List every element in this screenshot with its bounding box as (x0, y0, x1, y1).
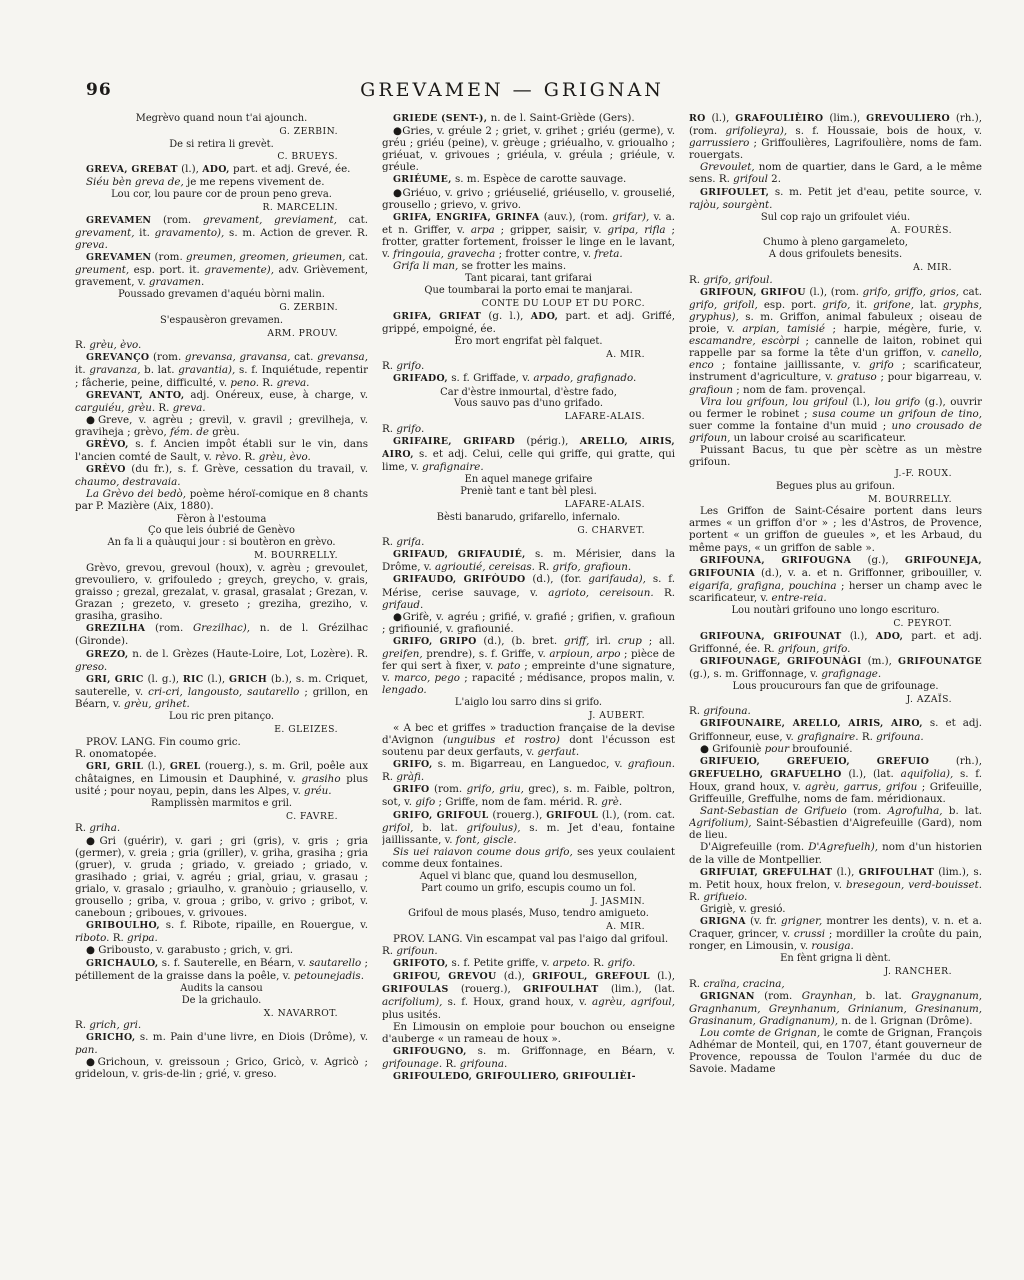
verse-quote: Tant picarai, tant grifaraiQue toumbarai… (382, 273, 675, 297)
entry-paragraph: GRÈVO, s. f. Ancien impôt établi sur le … (75, 438, 368, 463)
headword: GRIFOUNATGE (898, 656, 982, 667)
italic-term: lou grifo (875, 396, 920, 408)
entry-paragraph: GRIFAUD, GRIFAUDIÉ, s. m. Mérisier, dans… (382, 548, 675, 573)
italic-term: grifar), (612, 211, 649, 223)
verse-line: S'espausèron grevamen. (75, 315, 368, 327)
verse-line: Grifoul de mous plasés, Muso, tendro ami… (382, 908, 675, 920)
italic-term: pour (765, 743, 789, 755)
entry-paragraph: GREVANÇO (rom. grevansa, gravansa, cat. … (75, 351, 368, 388)
entry-paragraph: GRIFOTO, s. f. Petite griffe, v. arpeto.… (382, 957, 675, 970)
entry-paragraph: La Grèvo dei bedò, poème héroï-comique e… (75, 488, 368, 512)
verse-line: Begues plus au grifoun. (689, 481, 982, 493)
headword: GRIGNAN (700, 991, 755, 1002)
headword: GRIFOUN, GRIFOU (700, 287, 806, 298)
italic-term: entre-reia. (772, 592, 827, 604)
italic-term: grifo, griffo, grios, (863, 286, 959, 298)
italic-term: riboto. (75, 932, 109, 944)
italic-term: Graynhan, (802, 990, 856, 1002)
entry-paragraph: GRIFOUNAIRE, ARELLO, AIRIS, AIRO, s. et … (689, 717, 982, 742)
italic-term: grafioun. (628, 758, 675, 770)
italic-term: greifen, (382, 648, 423, 660)
verse-line: Sul cop rajo un grifoulet viéu. (689, 212, 982, 224)
italic-term: grifo. (396, 423, 424, 435)
italic-term: grè. (601, 796, 622, 808)
italic-term: Sant-Sebastian de Grifueio (700, 805, 847, 817)
verse-line: Lou ric pren pitanço. (75, 711, 368, 723)
italic-term: crup (618, 635, 642, 647)
headword: GRIBOULHO, (86, 920, 160, 931)
italic-term: (unguibus et rostro) (443, 734, 560, 746)
italic-term: gripa. (127, 932, 158, 944)
headword: GRIFOULAS (382, 984, 449, 995)
italic-term: uno crousado de grifoun, (689, 420, 982, 444)
italic-term: fém. de (170, 426, 209, 438)
verse-line: Audits la cansou (75, 983, 368, 995)
italic-term: grifo, grafioun. (553, 561, 632, 573)
headword: GRIFOULEDO, GRIFOULIERO, GRIFOULIÈI- (393, 1071, 636, 1082)
attribution: R. MARCELIN. (75, 202, 368, 214)
italic-term: rajòu, sourgènt. (689, 199, 772, 211)
italic-term: grifo, grifoul. (703, 274, 772, 286)
entry-paragraph: Grèvo, grevou, grevoul (houx), v. agrèu … (75, 562, 368, 622)
italic-term: gravantia), (178, 364, 235, 376)
italic-term: grigner, (781, 915, 822, 927)
headword: GRIEDE (SENT-), (393, 113, 487, 124)
italic-term: arpioun, arpo (549, 648, 620, 660)
italic-term: pato (497, 660, 520, 672)
italic-term: grifo, griu, (467, 783, 524, 795)
columns-container: Megrèvo quand noun t'ai ajounch.G. ZERBI… (75, 112, 982, 1202)
headword: GREVA, GREBAT (86, 164, 178, 175)
entry-paragraph: GRIFO, GRIFOUL (rouerg.), GRIFOUL (l.), … (382, 809, 675, 846)
attribution: E. GLEIZES. (75, 724, 368, 736)
italic-term: Agrifolium), (689, 817, 752, 829)
italic-term: grifueio. (703, 891, 747, 903)
verse-quote: Poussado grevamen d'aquéu bòrni malin. (75, 289, 368, 301)
headword: GRÈVO, (86, 439, 129, 450)
verse-line: Tant picarai, tant grifarai (382, 273, 675, 285)
italic-term: greument, (75, 264, 129, 276)
headword: ADO, (202, 164, 229, 175)
verse-line: Poussado grevamen d'aquéu bòrni malin. (75, 289, 368, 301)
verse-quote: Lou ric pren pitanço. (75, 711, 368, 723)
italic-term: sautarello (309, 957, 361, 969)
italic-term: eigarifa, grafigna, pouchina (689, 580, 837, 592)
italic-term: agrioto, cereisoun. (548, 587, 653, 599)
italic-term: grasiho (301, 773, 340, 785)
italic-term: gripa, rifla (608, 224, 666, 236)
verse-line: Fèron à l'estouma (75, 514, 368, 526)
italic-term: arpian, tamisié (742, 323, 825, 335)
etymology-note: R. grich, gri. (75, 1019, 368, 1031)
entry-paragraph: ●Greve, v. agrèu ; grevil, v. gravil ; g… (75, 414, 368, 438)
verse-quote: Sul cop rajo un grifoulet viéu. (689, 212, 982, 224)
entry-paragraph: GREZILHA (rom. Grezilhac), n. de l. Gréz… (75, 622, 368, 647)
verse-quote: Lou cor, lou paure cor de proun peno gre… (75, 189, 368, 201)
italic-term: arpado, grafignado. (533, 372, 636, 384)
italic-term: agrioutié, cereisas. (435, 561, 535, 573)
italic-term: grèu, èvo. (89, 339, 141, 351)
headword: GREL (170, 761, 201, 772)
verse-quote: Bèsti banarudo, grifarello, infernalo. (382, 512, 675, 524)
attribution: C. PEYROT. (689, 618, 982, 630)
entry-paragraph: GRIFADO, s. f. Griffade, v. arpado, graf… (382, 372, 675, 385)
headword: GRIFUEIO, GREFUEIO, GREFUIO (700, 756, 929, 767)
etymology-note: R. grifo. (382, 360, 675, 372)
italic-term: grifa. (396, 536, 424, 548)
entry-paragraph: Sis uei raiavon coume dous grifo, ses ye… (382, 846, 675, 870)
headword: GRIFA, ENGRIFA, GRINFA (393, 212, 540, 223)
etymology-note: R. craïna, cracina, (689, 978, 982, 990)
attribution: LAFARE-ALAIS. (382, 411, 675, 423)
entry-paragraph: GRIFAUDO, GRIFÒUDO (d.), (for. garifauda… (382, 573, 675, 610)
entry-paragraph: GREVAMEN (rom. greumen, greomen, grieume… (75, 251, 368, 288)
italic-term: gravanza, (89, 364, 140, 376)
attribution: J.-F. ROUX. (689, 468, 982, 480)
headword: GRIFOUNAIRE, ARELLO, AIRIS, AIRO, (700, 718, 923, 729)
italic-term: grafignaire. (422, 461, 483, 473)
verse-line: Part coumo un grifo, escupis coumo un fo… (382, 883, 675, 895)
etymology-note: R. grifa. (382, 536, 675, 548)
entry-paragraph: GRIFO, GRIPO (d.), (b. bret. griff, irl.… (382, 635, 675, 696)
verse-quote: Fèron à l'estoumaÇo que leis óubrié de G… (75, 514, 368, 550)
italic-term: grifone, (873, 299, 914, 311)
italic-term: grifouna. (876, 731, 924, 743)
italic-term: D'Agrefuelh), (808, 841, 878, 853)
attribution: A. MIR. (382, 349, 675, 361)
italic-term: bresegoun, verd-bouisset. (846, 879, 982, 891)
italic-term: grevansa, gravansa, (185, 351, 291, 363)
verse-quote: Chumo à pleno gargameleto,A dous grifoul… (689, 237, 982, 261)
entry-paragraph: GRI, GRIC (l. g.), RIC (l.), GRICH (b.),… (75, 673, 368, 710)
italic-term: gravamento), (155, 227, 225, 239)
italic-term: cri-cri, langousto, sautarello (148, 686, 299, 698)
verse-quote: Lou noutàri grifouno uno longo escrituro… (689, 605, 982, 617)
entry-paragraph: GRIFOULET, s. m. Petit jet d'eau, petite… (689, 186, 982, 211)
attribution: G. CHARVET. (382, 525, 675, 537)
headword: ADO, (531, 311, 558, 322)
headword: GRIFOTO, (393, 958, 448, 969)
verse-line: De la grichaulo. (75, 995, 368, 1007)
italic-term: agrèu, garrus, grifou (805, 781, 917, 793)
entry-paragraph: GRIFO, s. m. Bigarreau, en Languedoc, v.… (382, 758, 675, 783)
italic-term: Grezilhac), (193, 622, 250, 634)
italic-term: Lou comte de Grignan, (700, 1027, 820, 1039)
headword: GRICH (229, 674, 267, 685)
etymology-note: R. griha. (75, 822, 368, 834)
italic-term: marco, pego (394, 672, 460, 684)
attribution: M. BOURRELLY. (689, 494, 982, 506)
italic-term: arpeto. (553, 957, 590, 969)
entry-paragraph: GREVA, GREBAT (l.), ADO, part. et adj. G… (75, 163, 368, 176)
italic-term: griff, (564, 635, 589, 647)
italic-term: gravemente), (204, 264, 274, 276)
italic-term: grèu, grihet. (124, 698, 190, 710)
headword: GRIFAUDO, GRIFÒUDO (393, 574, 526, 585)
entry-paragraph: GRIGNAN (rom. Graynhan, b. lat. Graygnan… (689, 990, 982, 1027)
verse-line: Lou cor, lou paure cor de proun peno gre… (75, 189, 368, 201)
headword: GRIGNA (700, 916, 746, 927)
headword: GRIFO, GRIPO (393, 636, 477, 647)
attribution: C. BRUEYS. (75, 151, 368, 163)
italic-term: gréu. (304, 785, 332, 797)
entry-paragraph: GRIFOUNAGE, GRIFOUNÀGI (m.), GRIFOUNATGE… (689, 655, 982, 680)
attribution: A. MIR. (382, 921, 675, 933)
entry-paragraph: ● Gribousto, v. garabusto ; grich, v. gr… (75, 944, 368, 956)
attribution: J. JASMIN. (382, 896, 675, 908)
entry-paragraph: GRÈVO (du fr.), s. f. Grève, cessation d… (75, 463, 368, 488)
entry-paragraph: Grifa li man, se frotter les mains. (382, 260, 675, 272)
headword: ADO, (876, 631, 903, 642)
headword: GRICHAULO, (86, 958, 158, 969)
entry-paragraph: Grigiè, v. gresió. (689, 903, 982, 915)
entry-paragraph: GRIFOULEDO, GRIFOULIERO, GRIFOULIÈI- (382, 1070, 675, 1083)
entry-paragraph: Les Griffon de Saint-Césaire portent dan… (689, 505, 982, 553)
attribution: A. MIR. (689, 262, 982, 274)
verse-quote: Audits la cansouDe la grichaulo. (75, 983, 368, 1007)
headword: GRIFADO, (393, 373, 448, 384)
headword: GRÈVO (86, 464, 126, 475)
italic-term: grevament, (75, 227, 134, 239)
entry-paragraph: GRIÉUME, s. m. Espèce de carotte sauvage… (382, 173, 675, 186)
verse-line: Ço que leis óubrié de Genèvo (75, 525, 368, 537)
headword: GREVAMEN (86, 252, 151, 263)
verse-quote: En fènt grigna li dènt. (689, 953, 982, 965)
etymology-note: R. grifo, grifoul. (689, 274, 982, 286)
attribution: LAFARE-ALAIS. (382, 499, 675, 511)
verse-line: En aquel manege grifaire (382, 474, 675, 486)
italic-term: griha. (89, 822, 120, 834)
italic-term: grifoul (733, 173, 768, 185)
headword: GRIFA, GRIFAT (393, 311, 481, 322)
italic-term: garrussiero (689, 137, 749, 149)
attribution: M. BOURRELLY. (75, 550, 368, 562)
italic-term: chaumo, destravaia. (75, 476, 181, 488)
entry-paragraph: Grevoulet, nom de quartier, dans le Gard… (689, 161, 982, 185)
italic-term: freta. (594, 248, 622, 260)
entry-paragraph: GRIGNA (v. fr. grigner, montrer les dent… (689, 915, 982, 952)
verse-line: Megrèvo quand noun t'ai ajounch. (75, 113, 368, 125)
running-header: GREVAMEN — GRIGNAN (0, 79, 1024, 101)
attribution: A. FOURÈS. (689, 225, 982, 237)
headword: GRIFO, GRIFOUL (393, 810, 489, 821)
entry-paragraph: GRIFOUN, GRIFOU (l.), (rom. grifo, griff… (689, 286, 982, 396)
headword: GRIFOULET, (700, 187, 769, 198)
attribution: J. RANCHER. (689, 966, 982, 978)
italic-term: grifouna. (460, 1058, 508, 1070)
headword: GRIFOU, GREVOU (393, 971, 496, 982)
headword: GRIFO, (393, 759, 433, 770)
italic-term: greso. (75, 661, 107, 673)
italic-term: Sis uei raiavon coume dous grifo, (393, 846, 573, 858)
verse-quote: Ramplissèn marmitos e gril. (75, 798, 368, 810)
entry-paragraph: Lou comte de Grignan, le comte de Grigna… (689, 1027, 982, 1075)
italic-term: La Grèvo dei bedò, (86, 488, 186, 500)
verse-line: Ramplissèn marmitos e gril. (75, 798, 368, 810)
verse-quote: Begues plus au grifoun. (689, 481, 982, 493)
entry-paragraph: Vira lou grifoun, lou grifoul (l.), lou … (689, 396, 982, 444)
headword: GRIFOULHAT (523, 984, 598, 995)
headword: GREZILHA (86, 623, 145, 634)
italic-term: canello, enco (689, 347, 982, 371)
headword: GRIFO (393, 784, 430, 795)
headword: GREVANT, ANTO, (86, 390, 184, 401)
italic-term: arpa (471, 224, 495, 236)
verse-line: Vous sauvo pas d'uno grifado. (382, 398, 675, 410)
headword: GREVOULIERO (866, 113, 950, 124)
entry-paragraph: GREVAMEN (rom. grevament, greviament, ca… (75, 214, 368, 251)
verse-line: En fènt grigna li dènt. (689, 953, 982, 965)
italic-term: gràfi. (396, 771, 424, 783)
dictionary-page: 96 GREVAMEN — GRIGNAN Megrèvo quand noun… (0, 0, 1024, 1280)
italic-term: agrèu, agrifoul, (592, 996, 675, 1008)
italic-term: greva. (75, 239, 108, 251)
headword: GREFUELHO, GRAFUELHO (689, 769, 842, 780)
italic-term: grifo (869, 359, 894, 371)
entry-paragraph: D'Aigrefeuille (rom. D'Agrefuelh), nom d… (689, 841, 982, 865)
italic-term: grifo, (822, 299, 850, 311)
italic-term: grich, gri. (89, 1019, 141, 1031)
italic-term: grifouna. (703, 705, 751, 717)
italic-term: carguiéu, grèu. (75, 402, 155, 414)
etymology-note: R. onomatopée. (75, 748, 368, 760)
entry-paragraph: GRIFO (rom. grifo, griu, grec), s. m. Fa… (382, 783, 675, 808)
italic-term: grifaud. (382, 599, 423, 611)
italic-term: fringouia, gravecha (393, 248, 495, 260)
italic-term: greva. (173, 402, 206, 414)
verse-line: Que toumbarai la porto emai te manjarai. (382, 285, 675, 297)
entry-paragraph: GRIFA, GRIFAT (g. l.), ADO, part. et adj… (382, 310, 675, 335)
column-3: RO (l.), GRAFOULIÈIRO (lim.), GREVOULIER… (689, 112, 982, 1202)
italic-term: gerfaut. (538, 746, 580, 758)
attribution: C. FAVRE. (75, 811, 368, 823)
verse-line: L'aiglo lou sarro dins si grifo. (382, 697, 675, 709)
verse-line: Chumo à pleno gargameleto, (689, 237, 982, 249)
attribution: ARM. PROUV. (75, 328, 368, 340)
entry-paragraph: ●Gries, v. gréule 2 ; griet, v. grihet ;… (382, 125, 675, 173)
entry-paragraph: ●Griéuo, v. grivo ; griéuselié, griéusel… (382, 187, 675, 211)
attribution: CONTE DU LOUP ET DU PORC. (382, 298, 675, 310)
italic-term: petounejadis. (294, 970, 364, 982)
italic-term: grafignaire. (797, 731, 858, 743)
entry-paragraph: PROV. LANG. Vin escampat val pas l'aigo … (382, 933, 675, 945)
verse-line: A dous grifoulets benesits. (689, 249, 982, 261)
italic-term: grifoulus), (467, 822, 521, 834)
italic-term: craïna, cracina, (703, 978, 784, 990)
headword: GRIFOUGNO, (393, 1046, 467, 1057)
italic-term: grifol, (382, 822, 413, 834)
entry-paragraph: ●Gri (guérir), v. gari ; gri (gris), v. … (75, 835, 368, 920)
entry-paragraph: PROV. LANG. Fin coumo gric. (75, 736, 368, 748)
verse-line: Aquel vi blanc que, quand lou desmusello… (382, 871, 675, 883)
column-1: Megrèvo quand noun t'ai ajounch.G. ZERBI… (75, 112, 368, 1202)
entry-paragraph: GRICHO, s. m. Pain d'une livre, en Diois… (75, 1031, 368, 1056)
italic-term: grifo. (396, 360, 424, 372)
italic-term: grevansa, (317, 351, 368, 363)
entry-paragraph: GRIFOUNA, GRIFOUNAT (l.), ADO, part. et … (689, 630, 982, 655)
verse-line: An fa li a quàuqui jour : si boutèron en… (75, 537, 368, 549)
attribution: G. ZERBIN. (75, 126, 368, 138)
entry-paragraph: ●Grifè, v. agréu ; grifié, v. grafié ; g… (382, 611, 675, 635)
verse-quote: Lous proucurours fan que de grifounage. (689, 681, 982, 693)
verse-quote: L'aiglo lou sarro dins si grifo. (382, 697, 675, 709)
attribution: X. NAVARROT. (75, 1008, 368, 1020)
italic-term: rousiga. (811, 940, 853, 952)
italic-term: rèvo. (215, 451, 241, 463)
headword: RIC (183, 674, 204, 685)
italic-term: grifo, grifoll, (689, 299, 758, 311)
italic-term: grifoun. (396, 945, 437, 957)
attribution: J. AUBERT. (382, 710, 675, 722)
attribution: J. AZAÏS. (689, 694, 982, 706)
italic-term: grifounage. (382, 1058, 442, 1070)
headword: GREZO, (86, 649, 128, 660)
entry-paragraph: GRIEDE (SENT-), n. de l. Saint-Griède (G… (382, 112, 675, 125)
headword: GRAFOULIÈIRO (735, 113, 823, 124)
headword: GRIFOUNA, GRIFOUGNA (700, 555, 851, 566)
headword: GRIFOUL, GREFOUL (532, 971, 650, 982)
italic-term: aquifolia), (901, 768, 954, 780)
italic-term: susa coume un grifoun de tino, (812, 408, 982, 420)
entry-paragraph: Puissant Bacus, tu que pèr scètre as un … (689, 444, 982, 468)
italic-term: peno. (230, 377, 259, 389)
verse-quote: Aquel vi blanc que, quand lou desmusello… (382, 871, 675, 895)
headword: RO (689, 113, 706, 124)
verse-line: De si retira li grevèt. (75, 139, 368, 151)
entry-paragraph: GRIFA, ENGRIFA, GRINFA (auv.), (rom. gri… (382, 211, 675, 260)
italic-term: gratuso (837, 371, 877, 383)
italic-term: Vira lou grifoun, lou grifoul (700, 396, 848, 408)
entry-paragraph: ●Grichoun, v. greissoun ; Grico, Gricò, … (75, 1056, 368, 1080)
verse-quote: En aquel manege grifairePreniè tant e ta… (382, 474, 675, 498)
italic-term: grifo. (608, 957, 636, 969)
verse-quote: De si retira li grevèt. (75, 139, 368, 151)
italic-term: lengado. (382, 684, 427, 696)
verse-quote: Èro mort engrifat pèl falquet. (382, 336, 675, 348)
entry-paragraph: GREVANT, ANTO, adj. Onéreux, euse, à cha… (75, 389, 368, 414)
verse-line: Preniè tant e tant bèl plesi. (382, 486, 675, 498)
verse-line: Car d'èstre inmourtal, d'èstre fado, (382, 387, 675, 399)
italic-term: grevament, greviament, (203, 214, 337, 226)
entry-paragraph: GRIFUIAT, GREFULHAT (l.), GRIFOULHAT (li… (689, 866, 982, 903)
headword: GREVAMEN (86, 215, 151, 226)
italic-term: Grifa li man, (393, 260, 458, 272)
entry-paragraph: GRIFOUNA, GRIFOUGNA (g.), GRIFOUNEJA, GR… (689, 554, 982, 604)
headword: GRIFAUD, GRIFAUDIÉ, (393, 549, 526, 560)
etymology-note: R. grifoun. (382, 945, 675, 957)
headword: GRICHO, (86, 1032, 135, 1043)
headword: GRIFOUNA, GRIFOUNAT (700, 631, 842, 642)
headword: GRIFAIRE, GRIFARD (393, 436, 515, 447)
entry-paragraph: « A bec et griffes » traduction français… (382, 722, 675, 758)
italic-term: Siéu bèn greva de, (86, 176, 184, 188)
verse-line: Bèsti banarudo, grifarello, infernalo. (382, 512, 675, 524)
headword: GRI, GRIL (86, 761, 143, 772)
italic-term: gravamen. (149, 276, 204, 288)
italic-term: grafioun (689, 384, 733, 396)
verse-quote: Megrèvo quand noun t'ai ajounch. (75, 113, 368, 125)
entry-paragraph: GRI, GRIL (l.), GREL (rouerg.), s. m. Gr… (75, 760, 368, 797)
column-2: GRIEDE (SENT-), n. de l. Saint-Griède (G… (382, 112, 675, 1202)
headword: GRIÉUME, (393, 174, 452, 185)
verse-quote: S'espausèron grevamen. (75, 315, 368, 327)
verse-quote: Car d'èstre inmourtal, d'èstre fado,Vous… (382, 387, 675, 411)
etymology-note: RO (l.), GRAFOULIÈIRO (lim.), GREVOULIER… (689, 112, 982, 161)
entry-paragraph: ● Grifouniè pour broufounié. (689, 743, 982, 755)
italic-term: grèu, èvo. (259, 451, 311, 463)
italic-term: greumen, greomen, grieumen, (186, 251, 345, 263)
italic-term: Grevoulet, (700, 161, 755, 173)
